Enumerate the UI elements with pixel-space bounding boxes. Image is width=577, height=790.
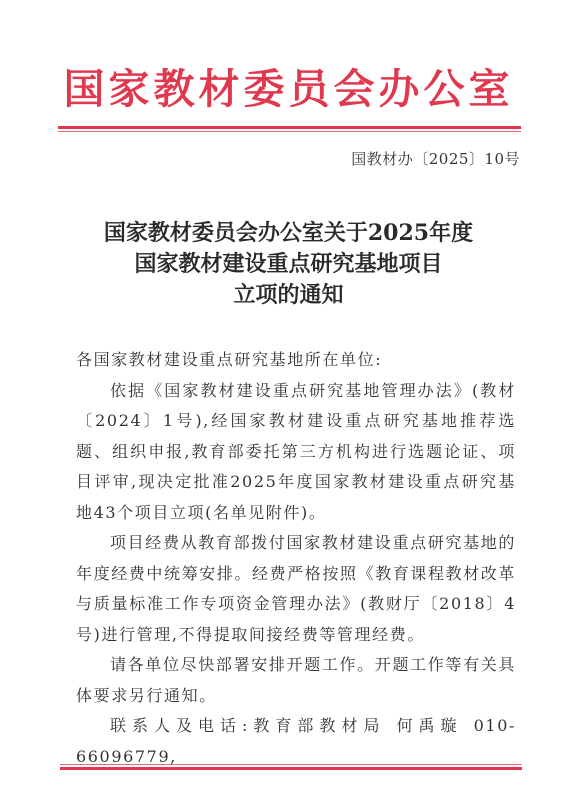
document-number: 国教材办〔2025〕10号 (351, 148, 520, 169)
masthead-rule-thick (58, 126, 521, 129)
salutation: 各国家教材建设重点研究基地所在单位: (76, 345, 516, 376)
paragraph-basis: 依据《国家教材建设重点研究基地管理办法》(教材〔2024〕1号),经国家教材建设… (76, 376, 516, 529)
title-line-1: 国家教材委员会办公室关于2025年度 (0, 218, 577, 249)
document-body: 各国家教材建设重点研究基地所在单位: 依据《国家教材建设重点研究基地管理办法》(… (76, 345, 516, 772)
title-line-2: 国家教材建设重点研究基地项目 (0, 249, 577, 280)
masthead-rule-thin (58, 131, 521, 132)
paragraph-contact: 联系人及电话:教育部教材局 何禹璇 010-66096779, (76, 711, 516, 772)
title-line-3: 立项的通知 (0, 280, 577, 311)
footer-rule-thick (60, 767, 522, 770)
document-title: 国家教材委员会办公室关于2025年度 国家教材建设重点研究基地项目 立项的通知 (0, 218, 577, 311)
footer-rule-thin (60, 764, 522, 765)
paragraph-funding: 项目经费从教育部拨付国家教材建设重点研究基地的年度经费中统筹安排。经费严格按照《… (76, 528, 516, 650)
masthead-title: 国家教材委员会办公室 (0, 64, 577, 114)
paragraph-kickoff: 请各单位尽快部署安排开题工作。开题工作等有关具体要求另行通知。 (76, 650, 516, 711)
